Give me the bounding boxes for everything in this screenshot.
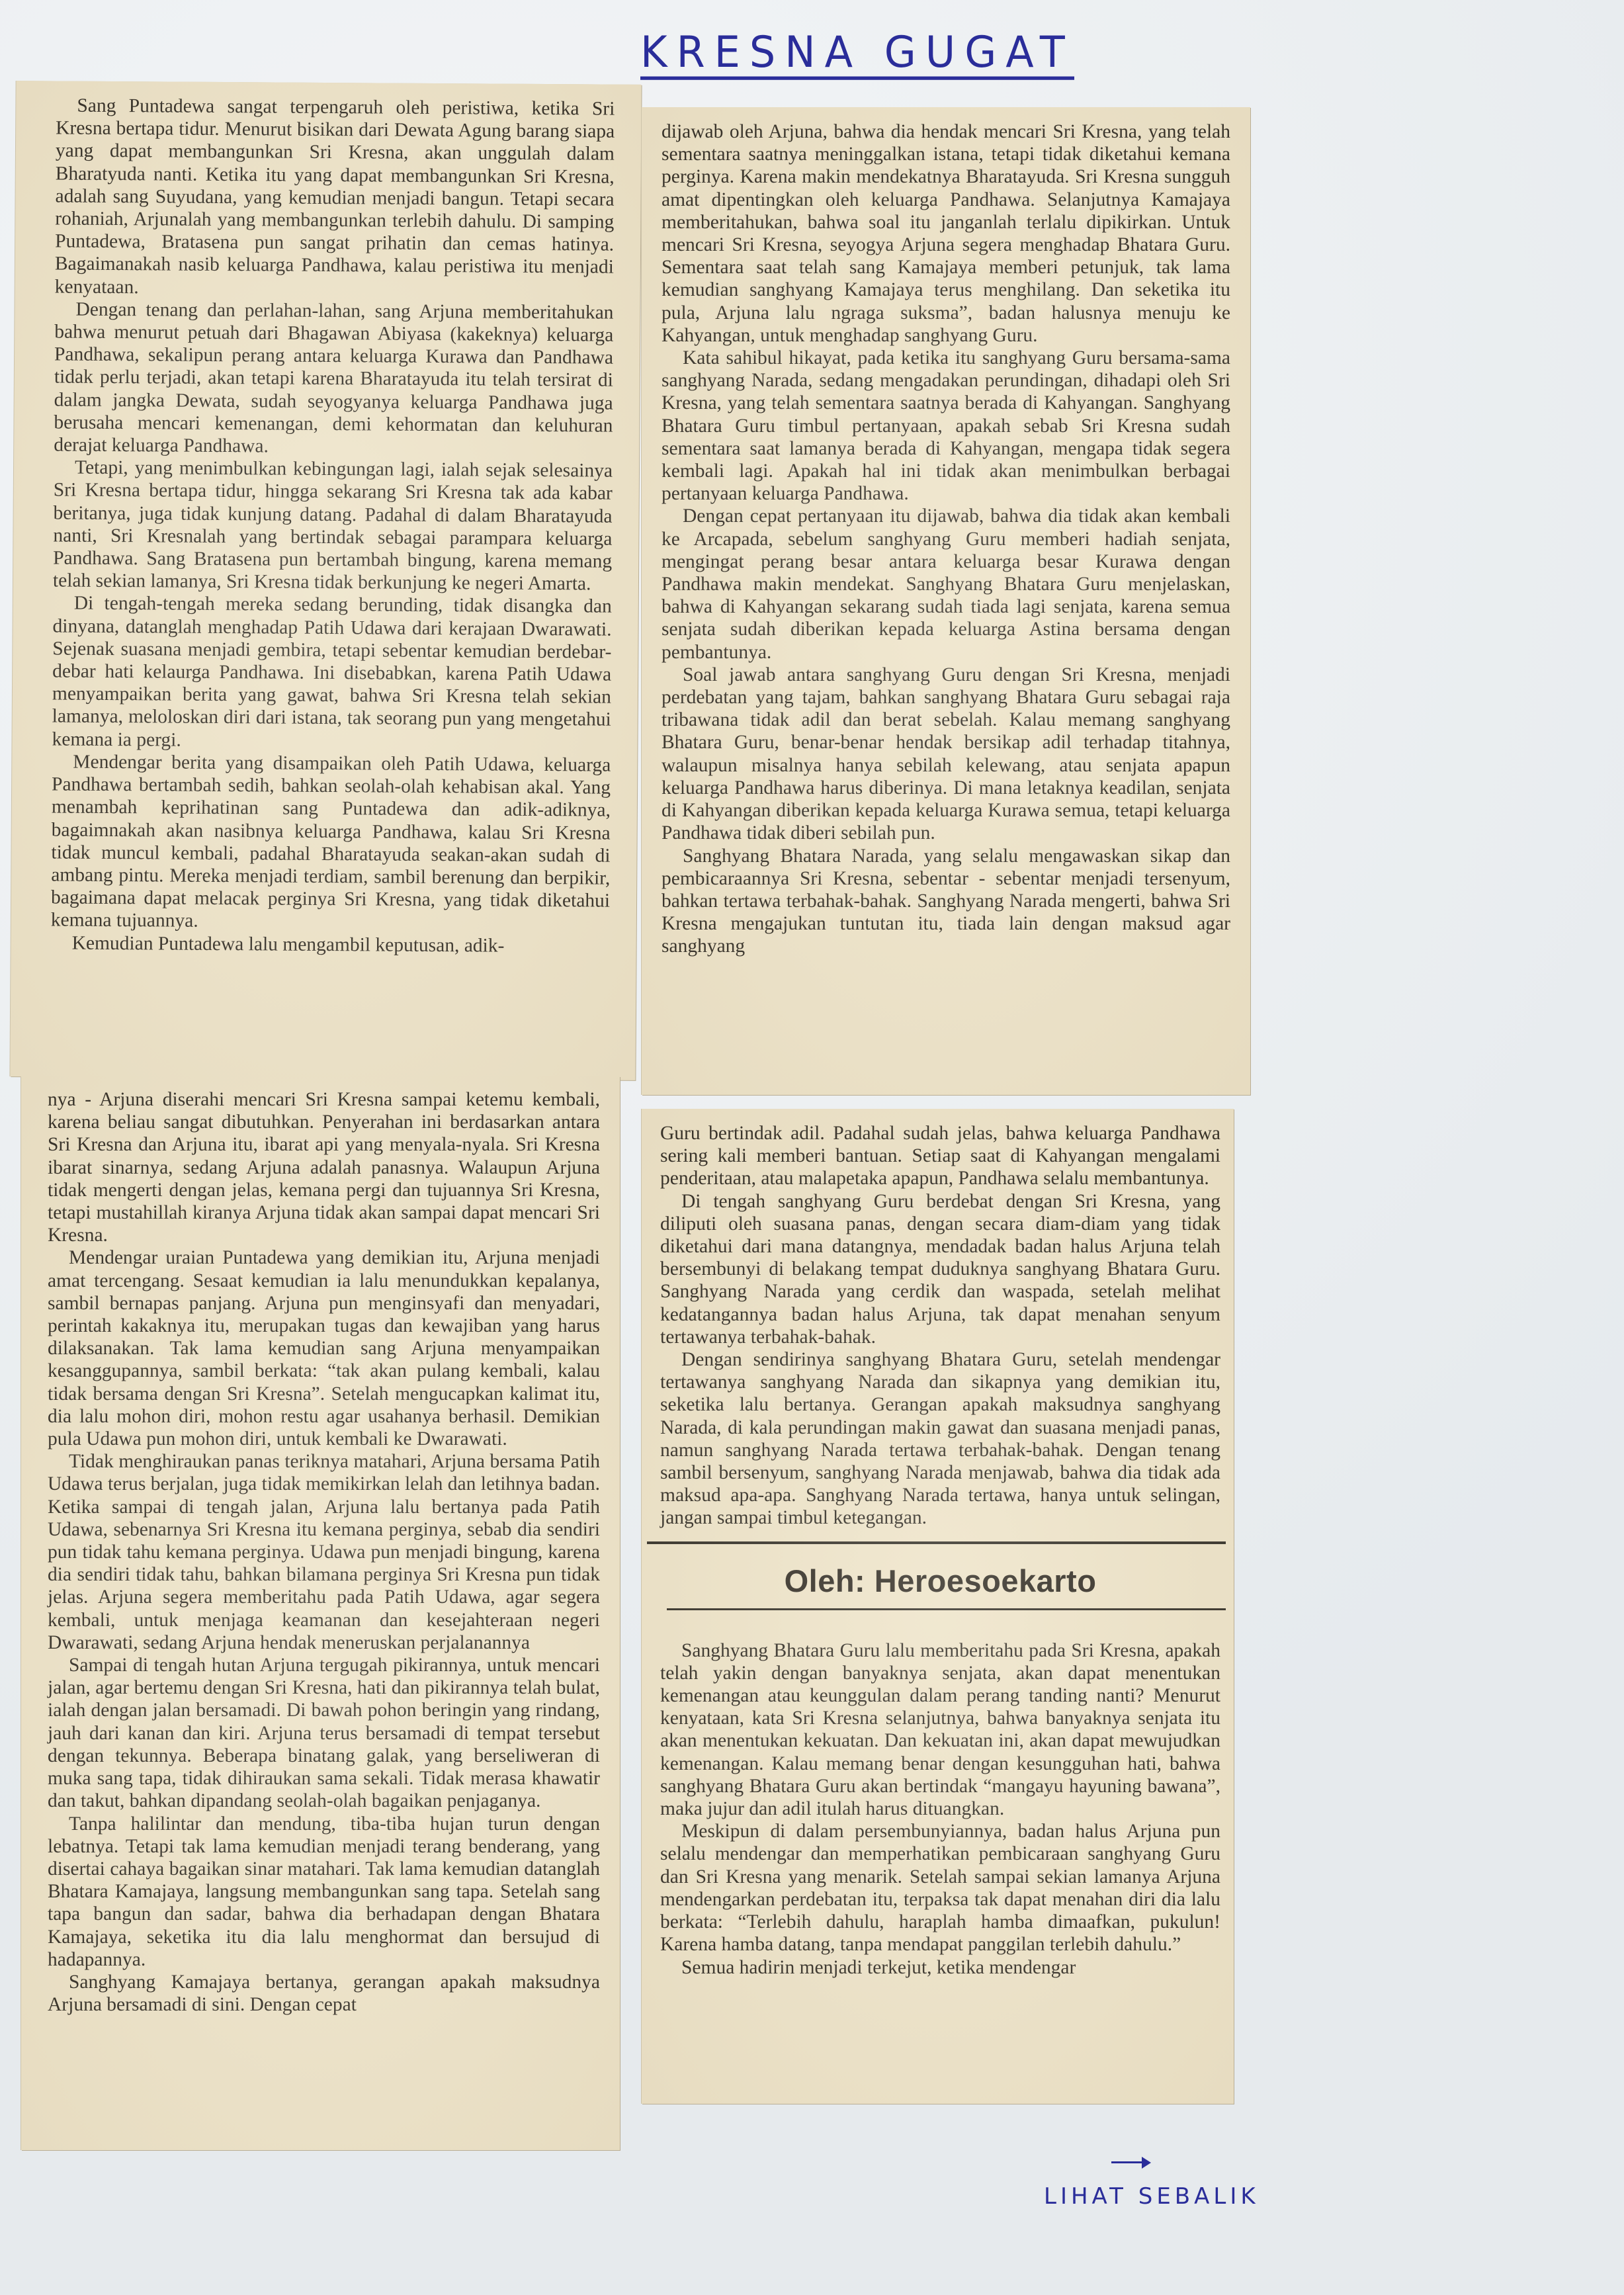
paragraph: Kemudian Puntadewa lalu mengambil keputu… [51, 931, 610, 957]
paragraph: Meskipun di dalam persembunyiannya, bada… [660, 1820, 1220, 1956]
handwritten-title: KRESNA GUGAT [640, 30, 1074, 80]
paragraph: Tidak menghiraukan panas teriknya mataha… [48, 1450, 600, 1654]
paragraph: Dengan cepat pertanyaan itu dijawab, bah… [662, 505, 1230, 663]
paragraph: Tetapi, yang menimbulkan kebingungan lag… [53, 456, 613, 595]
paragraph: Soal jawab antara sanghyang Guru dengan … [662, 664, 1230, 845]
paragraph: Tanpa halilintar dan mendung, tiba-tiba … [48, 1813, 600, 1971]
paragraph: Semua hadirin menjadi terkejut, ketika m… [660, 1956, 1220, 1979]
clipping-left-bottom: nya - Arjuna diserahi mencari Sri Kresna… [21, 1076, 620, 2150]
paragraph: Di tengah-tengah mereka sedang berunding… [52, 592, 611, 754]
paragraph: Sang Puntadewa sangat terpengaruh oleh p… [55, 94, 615, 301]
paragraph: dijawab oleh Arjuna, bahwa dia hendak me… [662, 120, 1230, 347]
paragraph: nya - Arjuna diserahi mencari Sri Kresna… [48, 1088, 600, 1246]
paragraph: Sanghyang Bhatara Guru lalu memberitahu … [660, 1639, 1220, 1821]
divider [647, 1541, 1226, 1544]
paragraph: Dengan tenang dan perlahan-lahan, sang A… [54, 298, 613, 460]
paragraph: Dengan sendirinya sanghyang Bhatara Guru… [660, 1348, 1220, 1530]
handwritten-footer-note: LIHAT SEBALIK [1044, 2183, 1260, 2210]
paragraph: Mendengar uraian Puntadewa yang demikian… [48, 1246, 600, 1450]
paragraph: Di tengah sanghyang Guru berdebat dengan… [660, 1190, 1220, 1348]
paragraph: Guru bertindak adil. Padahal sudah jelas… [660, 1122, 1220, 1190]
paragraph: Kata sahibul hikayat, pada ketika itu sa… [662, 347, 1230, 505]
divider [667, 1608, 1226, 1610]
paragraph: Mendengar berita yang disampaikan oleh P… [51, 750, 611, 935]
author-byline: Oleh: Heroesoekarto [660, 1563, 1220, 1599]
clipping-left-top: Sang Puntadewa sangat terpengaruh oleh p… [10, 81, 641, 1080]
paragraph: Sanghyang Bhatara Narada, yang selalu me… [662, 845, 1230, 958]
paragraph: Sampai di tengah hutan Arjuna tergugah p… [48, 1654, 600, 1812]
paragraph: Sanghyang Kamajaya bertanya, gerangan ap… [48, 1971, 600, 2016]
arrow-right-icon [1111, 2158, 1151, 2166]
clipping-right-bottom: Guru bertindak adil. Padahal sudah jelas… [642, 1109, 1234, 2104]
clipping-right-top: dijawab oleh Arjuna, bahwa dia hendak me… [642, 107, 1250, 1095]
